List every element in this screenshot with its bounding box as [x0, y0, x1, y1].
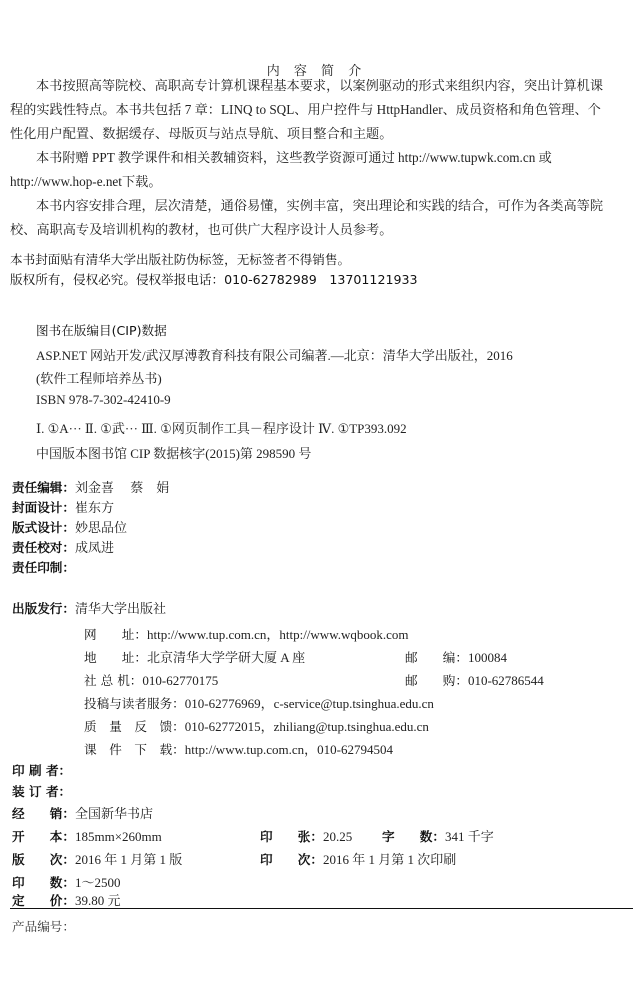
edition-value: 2016 年 1 月第 1 版: [75, 852, 182, 867]
cover-designer-row: 封面设计：崔东方: [12, 497, 114, 516]
address-value: 北京清华大学学研大厦 A 座: [147, 650, 305, 665]
quality-feedback-label: 质 量 反 馈：: [84, 719, 185, 734]
word-count-row: 字 数：341 千字: [382, 826, 494, 845]
word-count-value: 341 千字: [445, 829, 494, 844]
horizontal-divider: [10, 908, 633, 909]
mail-order-value: 010-62786544: [468, 673, 544, 688]
text-line: 程的实践性特点。本书共包括 7 章：LINQ to SQL、用户控件与 Http…: [10, 98, 622, 122]
distributor-label: 经 销：: [12, 806, 75, 821]
sheets-row: 印 张：20.25: [260, 826, 352, 845]
quality-feedback-value: 010-62772015，zhiliang@tup.tsinghua.edu.c…: [185, 719, 429, 734]
editor-label: 责任编辑：: [12, 480, 75, 495]
cip-heading: 图书在版编目(CIP)数据: [36, 320, 167, 339]
text-line: 本书内容安排合理，层次清楚，通俗易懂，实例丰富，突出理论和实践的结合，可作为各类…: [10, 194, 622, 218]
distributor-value: 全国新华书店: [75, 806, 153, 821]
printer-row: 印 刷 者：: [12, 760, 71, 779]
sheets-value: 20.25: [323, 829, 352, 844]
distributor-row: 经 销：全国新华书店: [12, 803, 153, 822]
text-line: 本书按照高等院校、高职高专计算机课程基本要求，以案例驱动的形式来组织内容，突出计…: [10, 74, 622, 98]
layout-designer-row: 版式设计：妙思品位: [12, 517, 127, 536]
address-row: 地 址：北京清华大学学研大厦 A 座: [84, 647, 305, 666]
publisher-value: 清华大学出版社: [75, 601, 166, 616]
postcode-value: 100084: [468, 650, 507, 665]
quality-feedback-row: 质 量 反 馈：010-62772015，zhiliang@tup.tsingh…: [84, 716, 429, 735]
editor-value: 刘金喜 蔡 娟: [75, 480, 169, 495]
impression-value: 2016 年 1 月第 1 次印刷: [323, 852, 456, 867]
mail-order-label: 邮 购：: [405, 673, 468, 688]
layout-designer-label: 版式设计：: [12, 520, 75, 535]
proofreader-value: 成凤进: [75, 540, 114, 555]
proofreader-row: 责任校对：成凤进: [12, 537, 114, 556]
intro-paragraph-2: 本书附赠 PPT 教学课件和相关教辅资料，这些教学资源可通过 http://ww…: [10, 146, 622, 194]
courseware-value: http://www.tup.com.cn，010-62794504: [185, 742, 393, 757]
printer-label: 印 刷 者：: [12, 763, 71, 778]
format-value: 185mm×260mm: [75, 829, 162, 844]
cip-series: (软件工程师培养丛书): [36, 368, 162, 387]
price-value: 39.80 元: [75, 893, 121, 908]
address-label: 地 址：: [84, 650, 147, 665]
word-count-label: 字 数：: [382, 829, 445, 844]
anti-counterfeit-notice: 本书封面贴有清华大学出版社防伪标签，无标签者不得销售。: [10, 249, 350, 268]
mail-order-row: 邮 购：010-62786544: [405, 670, 544, 689]
reader-service-label: 投稿与读者服务：: [84, 696, 185, 711]
binder-row: 装 订 者：: [12, 781, 71, 800]
publisher-label: 出版发行：: [12, 601, 75, 616]
courseware-label: 课 件 下 载：: [84, 742, 185, 757]
copies-label: 印 数：: [12, 875, 75, 890]
reader-service-row: 投稿与读者服务：010-62776969，c-service@tup.tsing…: [84, 693, 434, 712]
text-line: 校、高职高专及培训机构的教材，也可供广大程序设计人员参考。: [10, 218, 622, 242]
cip-record-number: 中国版本图书馆 CIP 数据核字(2015)第 298590 号: [36, 443, 311, 462]
print-supervisor-label: 责任印制：: [12, 560, 75, 575]
postcode-row: 邮 编：100084: [405, 647, 507, 666]
publisher-row: 出版发行：清华大学出版社: [12, 598, 166, 617]
copyright-notice: 版权所有，侵权必究。侵权举报电话：010-62782989 1370112193…: [10, 269, 418, 288]
price-label: 定 价：: [12, 893, 75, 908]
proofreader-label: 责任校对：: [12, 540, 75, 555]
print-supervisor-row: 责任印制：: [12, 557, 75, 576]
cover-designer-label: 封面设计：: [12, 500, 75, 515]
format-label: 开 本：: [12, 829, 75, 844]
sheets-label: 印 张：: [260, 829, 323, 844]
website-label: 网 址：: [84, 627, 147, 642]
edition-row: 版 次：2016 年 1 月第 1 版: [12, 849, 182, 868]
product-code-label: 产品编号：: [12, 916, 75, 935]
switchboard-row: 社 总 机：010-62770175: [84, 670, 218, 689]
switchboard-value: 010-62770175: [142, 673, 218, 688]
text-line: 性化用户配置、数据缓存、母版页与站点导航、项目整合和主题。: [10, 122, 622, 146]
website-value: http://www.tup.com.cn，http://www.wqbook.…: [147, 627, 409, 642]
text-line: http://www.hop-e.net下载。: [10, 170, 622, 194]
format-row: 开 本：185mm×260mm: [12, 826, 162, 845]
impression-label: 印 次：: [260, 852, 323, 867]
cip-classification: Ⅰ. ①A··· Ⅱ. ①武··· Ⅲ. ①网页制作工具－程序设计 Ⅳ. ①TP…: [36, 418, 407, 437]
courseware-row: 课 件 下 载：http://www.tup.com.cn，010-627945…: [84, 739, 393, 758]
editor-row: 责任编辑：刘金喜 蔡 娟: [12, 477, 169, 496]
copies-row: 印 数：1～2500: [12, 872, 120, 891]
website-row: 网 址：http://www.tup.com.cn，http://www.wqb…: [84, 624, 409, 643]
intro-paragraph-3: 本书内容安排合理，层次清楚，通俗易懂，实例丰富，突出理论和实践的结合，可作为各类…: [10, 194, 622, 242]
cip-title-line: ASP.NET 网站开发/武汉厚溥教育科技有限公司编著.—北京：清华大学出版社，…: [36, 345, 513, 364]
text-line: 本书附赠 PPT 教学课件和相关教辅资料，这些教学资源可通过 http://ww…: [10, 146, 622, 170]
postcode-label: 邮 编：: [405, 650, 468, 665]
cover-designer-value: 崔东方: [75, 500, 114, 515]
copies-value: 1～2500: [75, 875, 121, 890]
binder-label: 装 订 者：: [12, 784, 71, 799]
switchboard-label: 社 总 机：: [84, 673, 142, 688]
impression-row: 印 次：2016 年 1 月第 1 次印刷: [260, 849, 456, 868]
reader-service-value: 010-62776969，c-service@tup.tsinghua.edu.…: [185, 696, 434, 711]
layout-designer-value: 妙思品位: [75, 520, 127, 535]
price-row: 定 价：39.80 元: [12, 890, 120, 909]
cip-isbn: ISBN 978-7-302-42410-9: [36, 392, 171, 408]
intro-paragraph-1: 本书按照高等院校、高职高专计算机课程基本要求，以案例驱动的形式来组织内容，突出计…: [10, 74, 622, 146]
edition-label: 版 次：: [12, 852, 75, 867]
